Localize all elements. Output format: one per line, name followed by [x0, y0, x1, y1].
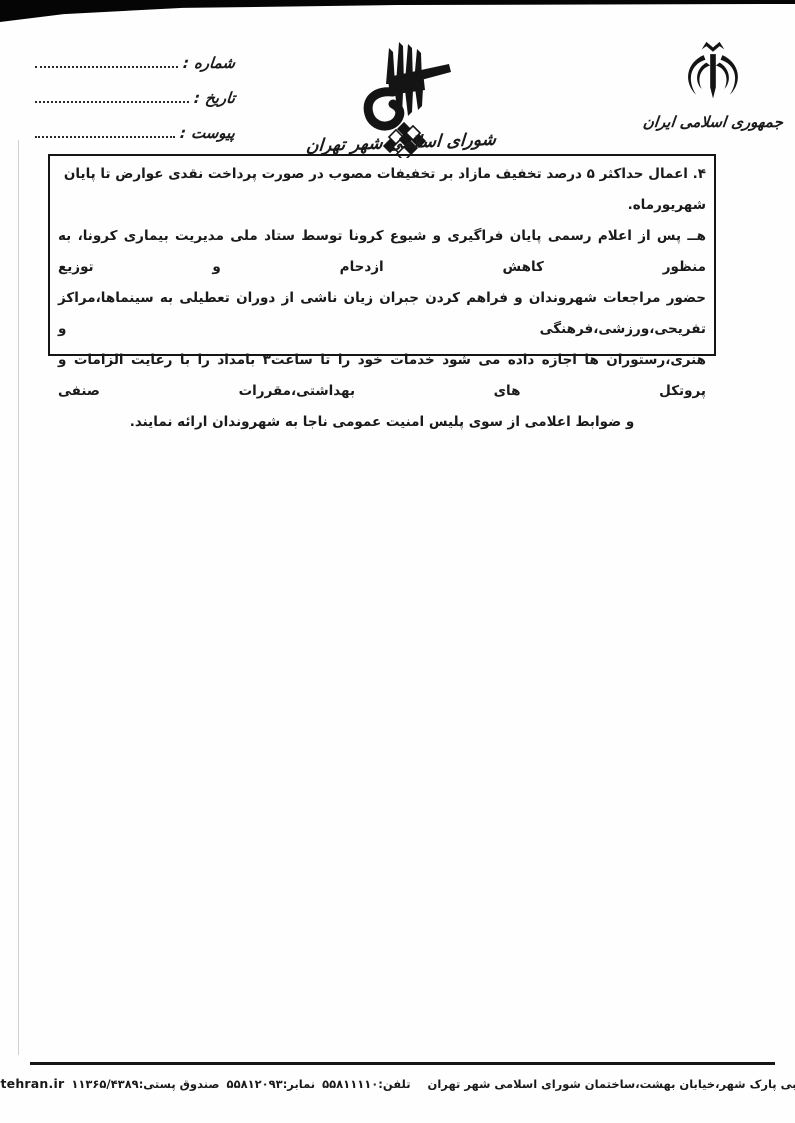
number-field-label: شماره : [182, 54, 236, 72]
attachment-field-blank-line [35, 136, 175, 138]
number-field-blank-line [35, 66, 178, 68]
resolution-clause-h-line4: و ضوابط اعلامی از سوی پلیس امنیت عمومی ن… [58, 407, 706, 438]
resolution-clause-4: ۴. اعمال حداکثر ۵ درصد تخفیف مازاد بر تخ… [58, 159, 706, 221]
footer-website-url: http://shora.tehran.ir [0, 1076, 64, 1091]
resolution-clause-h-line2: حضور مراجعات شهروندان و فراهم کردن جبران… [58, 283, 706, 345]
scanned-letter-page: شماره : تاریخ : پیوست : [0, 0, 795, 1123]
footer-divider [30, 1062, 775, 1065]
date-field-row: تاریخ : [33, 85, 235, 107]
council-name-calligraphy: شورای اسلامی شهر تهران [291, 129, 510, 157]
iran-emblem-icon [674, 91, 752, 110]
attachment-field-label: پیوست : [179, 124, 236, 142]
reference-fields: شماره : تاریخ : پیوست : [33, 50, 235, 155]
scan-artifact-top-edge [0, 0, 795, 22]
iran-emblem-block: جمهوری اسلامی ایران [638, 40, 788, 131]
date-field-blank-line [35, 101, 189, 103]
scan-artifact-left-fold [18, 140, 19, 1055]
footer-phone: تلفن:۵۵۸۱۱۱۱۰ [322, 1077, 410, 1091]
footer-contact-line: نشانی:ضلع جنوبی پارک شهر،خیابان بهشت،ساخ… [15, 1076, 780, 1091]
number-field-row: شماره : [33, 50, 235, 72]
resolution-box: ۴. اعمال حداکثر ۵ درصد تخفیف مازاد بر تخ… [48, 154, 716, 356]
date-field-label: تاریخ : [193, 89, 236, 107]
footer-po-box: صندوق پستی:۱۱۳۶۵/۴۳۸۹ [71, 1077, 219, 1091]
footer-address: نشانی:ضلع جنوبی پارک شهر،خیابان بهشت،ساخ… [428, 1077, 795, 1091]
attachment-field-row: پیوست : [33, 120, 235, 142]
emblem-caption: جمهوری اسلامی ایران [637, 113, 789, 131]
footer-fax: نمابر:۵۵۸۱۲۰۹۳ [227, 1077, 316, 1091]
resolution-clause-h-line3: هنری،رستوران ها اجازه داده می شود خدمات … [58, 345, 706, 407]
resolution-clause-h-line1: هــ پس از اعلام رسمی پایان فراگیری و شیو… [58, 221, 706, 283]
